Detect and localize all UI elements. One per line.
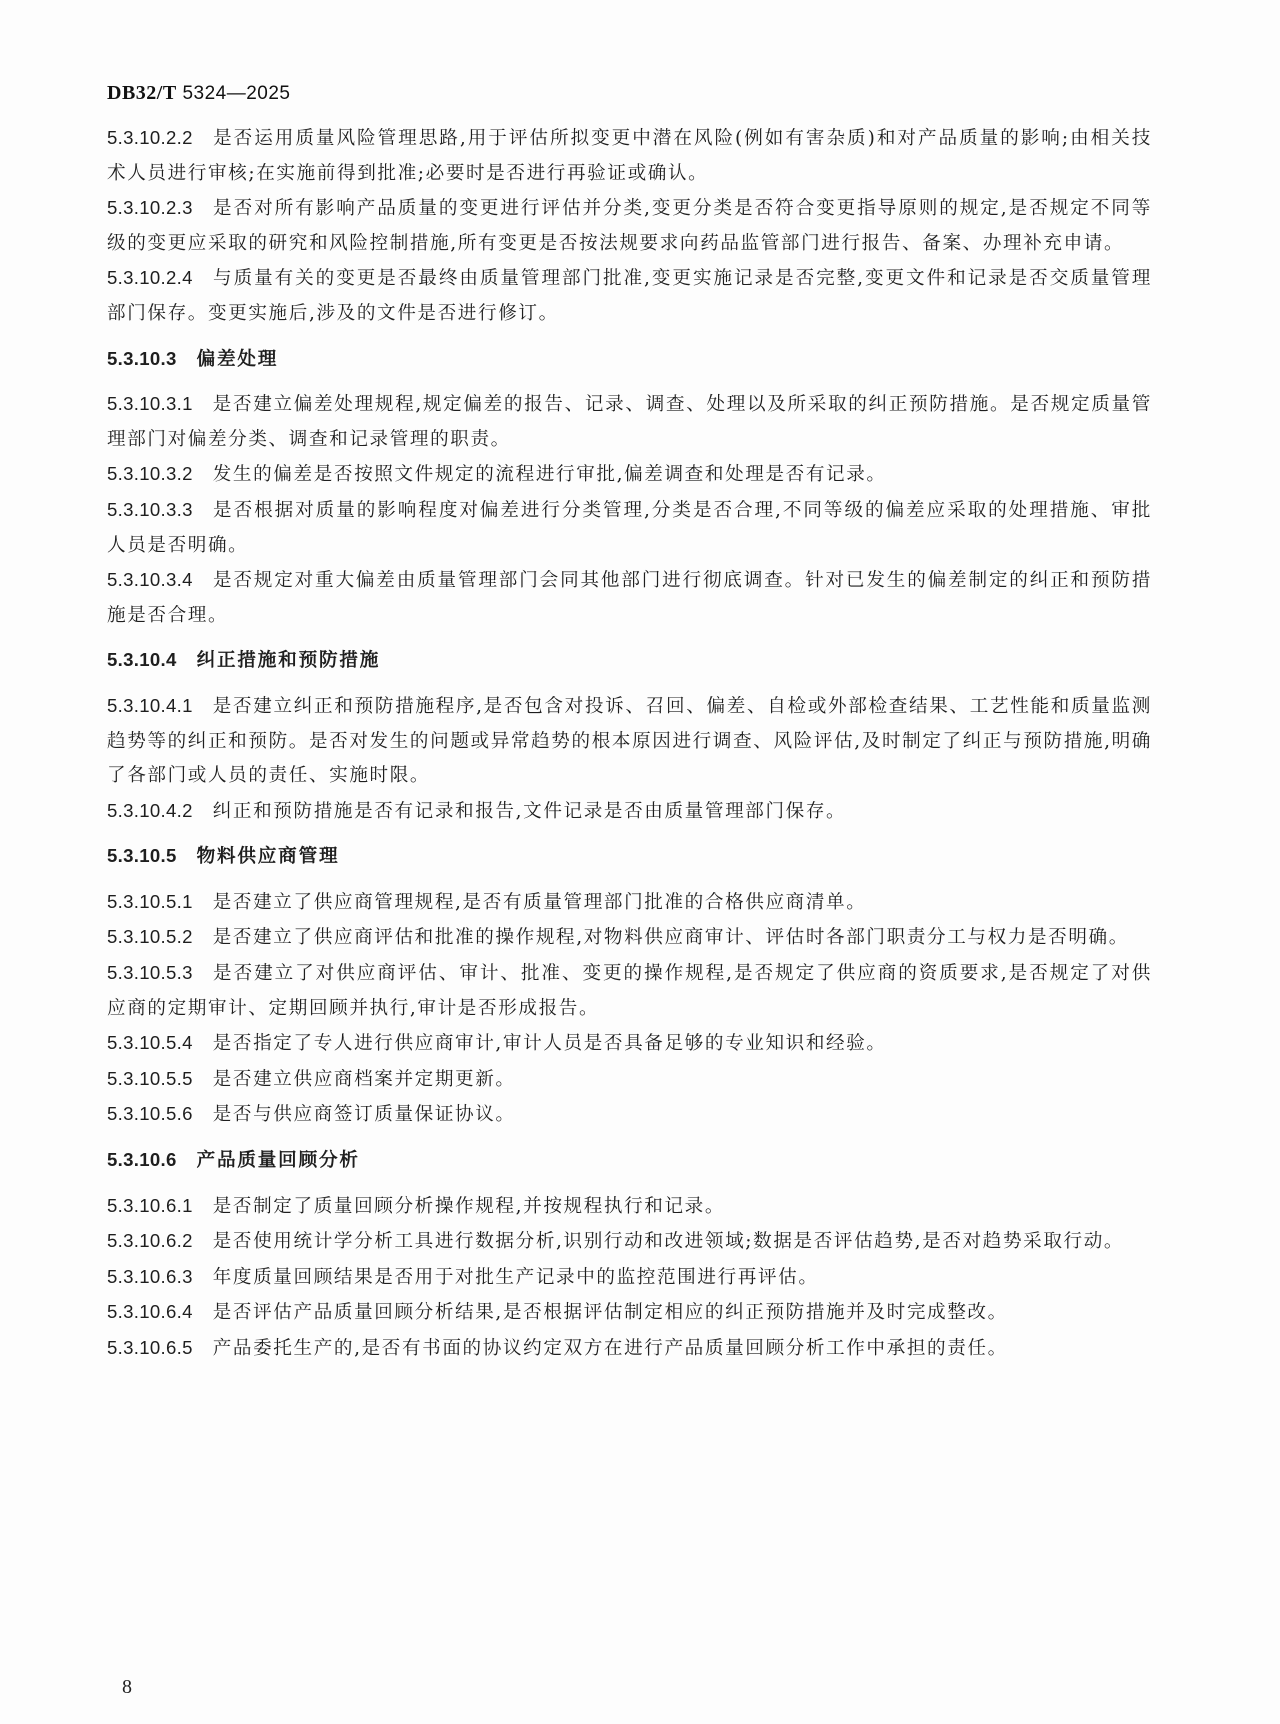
clause-number: 5.3.10.3.4 [107,569,193,590]
clause-5-3-10-5-3: 5.3.10.5.3是否建立了对供应商评估、审计、批准、变更的操作规程,是否规定… [107,956,1152,1026]
clause-number: 5.3.10.2.3 [107,197,193,218]
clause-text: 纠正和预防措施是否有记录和报告,文件记录是否由质量管理部门保存。 [213,801,847,822]
section-title: 偏差处理 [197,349,279,370]
clause-5-3-10-6-4: 5.3.10.6.4是否评估产品质量回顾分析结果,是否根据评估制定相应的纠正预防… [107,1295,1152,1331]
standard-number: 5324—2025 [177,83,291,104]
clause-5-3-10-5-1: 5.3.10.5.1是否建立了供应商管理规程,是否有质量管理部门批准的合格供应商… [107,885,1152,921]
section-heading-quality-review: 5.3.10.6产品质量回顾分析 [107,1143,1152,1179]
standard-prefix: DB32/T [107,82,177,104]
clause-5-3-10-2-4: 5.3.10.2.4与质量有关的变更是否最终由质量管理部门批准,变更实施记录是否… [107,261,1152,331]
clause-number: 5.3.10.5.5 [107,1068,193,1089]
section-number: 5.3.10.5 [107,845,177,866]
clause-number: 5.3.10.6.4 [107,1301,193,1322]
section-title: 物料供应商管理 [197,846,340,867]
clause-5-3-10-6-1: 5.3.10.6.1是否制定了质量回顾分析操作规程,并按规程执行和记录。 [107,1189,1152,1225]
clause-text: 是否制定了质量回顾分析操作规程,并按规程执行和记录。 [213,1196,725,1217]
clause-5-3-10-5-6: 5.3.10.5.6是否与供应商签订质量保证协议。 [107,1097,1152,1133]
clause-text: 与质量有关的变更是否最终由质量管理部门批准,变更实施记录是否完整,变更文件和记录… [107,268,1152,324]
clause-5-3-10-2-2: 5.3.10.2.2是否运用质量风险管理思路,用于评估所拟变更中潜在风险(例如有… [107,121,1152,191]
clause-text: 是否建立偏差处理规程,规定偏差的报告、记录、调查、处理以及所采取的纠正预防措施。… [107,394,1152,450]
section-number: 5.3.10.4 [107,649,177,670]
clause-number: 5.3.10.4.2 [107,800,193,821]
clause-text: 是否建立纠正和预防措施程序,是否包含对投诉、召回、偏差、自检或外部检查结果、工艺… [107,696,1152,786]
clause-5-3-10-4-2: 5.3.10.4.2纠正和预防措施是否有记录和报告,文件记录是否由质量管理部门保… [107,794,1152,830]
clause-number: 5.3.10.6.3 [107,1266,193,1287]
clause-5-3-10-3-2: 5.3.10.3.2发生的偏差是否按照文件规定的流程进行审批,偏差调查和处理是否… [107,457,1152,493]
clause-5-3-10-6-2: 5.3.10.6.2是否使用统计学分析工具进行数据分析,识别行动和改进领域;数据… [107,1224,1152,1260]
section-heading-supplier-management: 5.3.10.5物料供应商管理 [107,839,1152,875]
standard-code-header: DB32/T 5324—2025 [107,82,291,105]
clause-number: 5.3.10.6.5 [107,1337,193,1358]
document-page: DB32/T 5324—2025 5.3.10.2.2是否运用质量风险管理思路,… [0,0,1280,1724]
clause-text: 是否建立了供应商管理规程,是否有质量管理部门批准的合格供应商清单。 [213,892,867,913]
clause-5-3-10-5-5: 5.3.10.5.5是否建立供应商档案并定期更新。 [107,1062,1152,1098]
document-body: 5.3.10.2.2是否运用质量风险管理思路,用于评估所拟变更中潜在风险(例如有… [107,121,1152,1367]
clause-number: 5.3.10.6.2 [107,1230,193,1251]
clause-number: 5.3.10.2.2 [107,127,193,148]
clause-text: 是否建立供应商档案并定期更新。 [213,1069,516,1090]
clause-number: 5.3.10.3.3 [107,499,193,520]
clause-5-3-10-4-1: 5.3.10.4.1是否建立纠正和预防措施程序,是否包含对投诉、召回、偏差、自检… [107,689,1152,794]
clause-text: 年度质量回顾结果是否用于对批生产记录中的监控范围进行再评估。 [213,1267,819,1288]
clause-text: 发生的偏差是否按照文件规定的流程进行审批,偏差调查和处理是否有记录。 [213,464,887,485]
clause-number: 5.3.10.5.4 [107,1032,193,1053]
clause-5-3-10-6-5: 5.3.10.6.5产品委托生产的,是否有书面的协议约定双方在进行产品质量回顾分… [107,1331,1152,1367]
section-heading-deviation: 5.3.10.3偏差处理 [107,342,1152,378]
section-heading-capa: 5.3.10.4纠正措施和预防措施 [107,643,1152,679]
clause-text: 是否建立了供应商评估和批准的操作规程,对物料供应商审计、评估时各部门职责分工与权… [213,927,1129,948]
clause-text: 是否对所有影响产品质量的变更进行评估并分类,变更分类是否符合变更指导原则的规定,… [107,198,1152,254]
clause-number: 5.3.10.3.2 [107,463,193,484]
clause-text: 是否与供应商签订质量保证协议。 [213,1104,516,1125]
clause-number: 5.3.10.5.1 [107,891,193,912]
section-title: 纠正措施和预防措施 [197,650,381,671]
clause-5-3-10-6-3: 5.3.10.6.3年度质量回顾结果是否用于对批生产记录中的监控范围进行再评估。 [107,1260,1152,1296]
clause-number: 5.3.10.3.1 [107,393,193,414]
clause-5-3-10-3-1: 5.3.10.3.1是否建立偏差处理规程,规定偏差的报告、记录、调查、处理以及所… [107,387,1152,457]
clause-5-3-10-3-3: 5.3.10.3.3是否根据对质量的影响程度对偏差进行分类管理,分类是否合理,不… [107,493,1152,563]
clause-text: 产品委托生产的,是否有书面的协议约定双方在进行产品质量回顾分析工作中承担的责任。 [213,1338,1008,1359]
clause-text: 是否建立了对供应商评估、审计、批准、变更的操作规程,是否规定了供应商的资质要求,… [107,963,1152,1019]
clause-number: 5.3.10.5.2 [107,926,193,947]
clause-text: 是否运用质量风险管理思路,用于评估所拟变更中潜在风险(例如有害杂质)和对产品质量… [107,128,1152,184]
clause-number: 5.3.10.5.6 [107,1103,193,1124]
clause-text: 是否根据对质量的影响程度对偏差进行分类管理,分类是否合理,不同等级的偏差应采取的… [107,500,1152,556]
clause-5-3-10-3-4: 5.3.10.3.4是否规定对重大偏差由质量管理部门会同其他部门进行彻底调查。针… [107,563,1152,633]
clause-text: 是否评估产品质量回顾分析结果,是否根据评估制定相应的纠正预防措施并及时完成整改。 [213,1302,1008,1323]
clause-text: 是否指定了专人进行供应商审计,审计人员是否具备足够的专业知识和经验。 [213,1033,887,1054]
page-number: 8 [122,1676,132,1699]
clause-5-3-10-2-3: 5.3.10.2.3是否对所有影响产品质量的变更进行评估并分类,变更分类是否符合… [107,191,1152,261]
clause-text: 是否规定对重大偏差由质量管理部门会同其他部门进行彻底调查。针对已发生的偏差制定的… [107,570,1152,626]
clause-number: 5.3.10.5.3 [107,962,193,983]
section-number: 5.3.10.3 [107,348,177,369]
section-number: 5.3.10.6 [107,1149,177,1170]
clause-5-3-10-5-2: 5.3.10.5.2是否建立了供应商评估和批准的操作规程,对物料供应商审计、评估… [107,920,1152,956]
section-title: 产品质量回顾分析 [197,1150,360,1171]
clause-5-3-10-5-4: 5.3.10.5.4是否指定了专人进行供应商审计,审计人员是否具备足够的专业知识… [107,1026,1152,1062]
clause-text: 是否使用统计学分析工具进行数据分析,识别行动和改进领域;数据是否评估趋势,是否对… [213,1231,1124,1252]
clause-number: 5.3.10.6.1 [107,1195,193,1216]
clause-number: 5.3.10.4.1 [107,695,193,716]
clause-number: 5.3.10.2.4 [107,267,193,288]
